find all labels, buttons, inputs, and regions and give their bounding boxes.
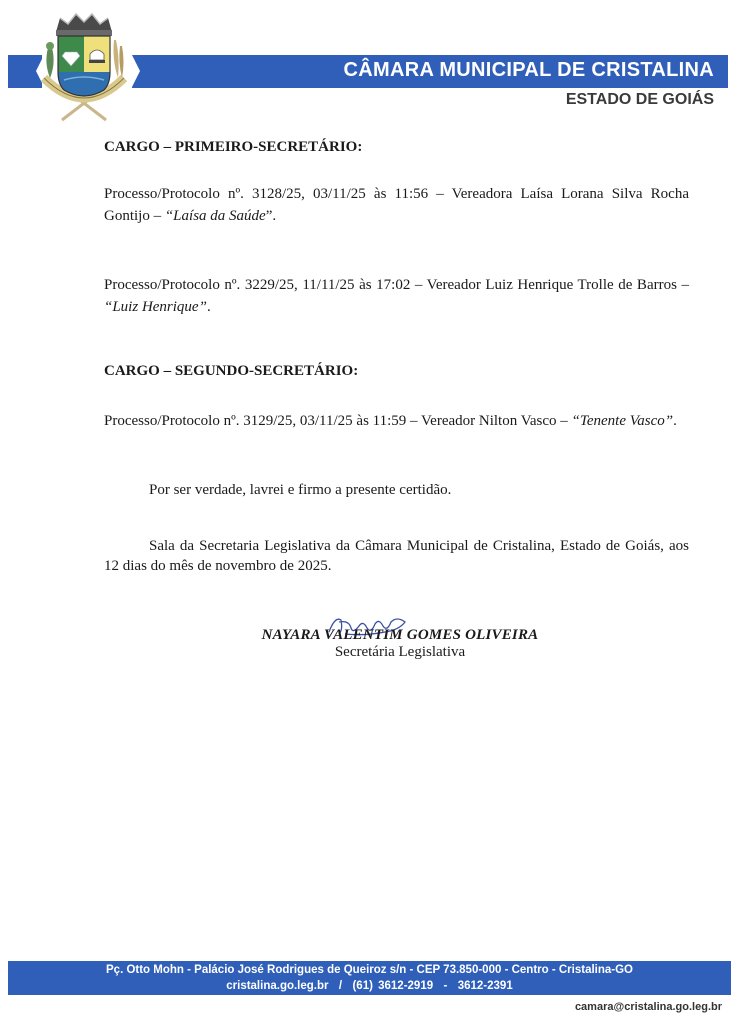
entry-nickname: “Tenente Vasco” <box>572 413 674 429</box>
footer-address: Pç. Otto Mohn - Palácio José Rodrigues d… <box>8 962 731 978</box>
entry-nickname: “Laísa da Saúde <box>165 208 266 224</box>
entry-text: Processo/Protocolo nº. 3229/25, 11/11/25… <box>104 277 689 293</box>
signatory-name: NAYARA VALENTIM GOMES OLIVEIRA <box>200 627 600 644</box>
footer-email: camara@cristalina.go.leg.br <box>575 1001 722 1013</box>
candidacy-entry: Processo/Protocolo nº. 3129/25, 03/11/25… <box>104 410 689 432</box>
signature-block: NAYARA VALENTIM GOMES OLIVEIRA Secretári… <box>200 627 600 661</box>
state-subtitle: ESTADO DE GOIÁS <box>566 91 714 109</box>
section-heading-first-secretary: CARGO – PRIMEIRO-SECRETÁRIO: <box>104 136 689 158</box>
coat-of-arms-icon <box>34 8 134 122</box>
footer-band: Pç. Otto Mohn - Palácio José Rodrigues d… <box>8 961 731 995</box>
footer-contact: cristalina.go.leg.br / (61) 3612-2919 - … <box>8 978 731 994</box>
signatory-role: Secretária Legislativa <box>200 644 600 661</box>
institution-title: CÂMARA MUNICIPAL DE CRISTALINA <box>344 59 714 82</box>
entry-text: Processo/Protocolo nº. 3129/25, 03/11/25… <box>104 413 572 429</box>
candidacy-entry: Processo/Protocolo nº. 3128/25, 03/11/25… <box>104 183 689 227</box>
entry-suffix: . <box>673 413 677 429</box>
closing-statement: Por ser verdade, lavrei e firmo a presen… <box>104 479 689 501</box>
place-date-statement: Sala da Secretaria Legislativa da Câmara… <box>104 536 689 576</box>
candidacy-entry: Processo/Protocolo nº. 3229/25, 11/11/25… <box>104 274 689 318</box>
section-heading-second-secretary: CARGO – SEGUNDO-SECRETÁRIO: <box>104 360 689 382</box>
entry-nickname: “Luiz Henrique” <box>104 299 207 315</box>
entry-suffix: . <box>207 299 211 315</box>
entry-suffix: ”. <box>266 208 276 224</box>
header-band: CÂMARA MUNICIPAL DE CRISTALINA <box>132 55 728 88</box>
